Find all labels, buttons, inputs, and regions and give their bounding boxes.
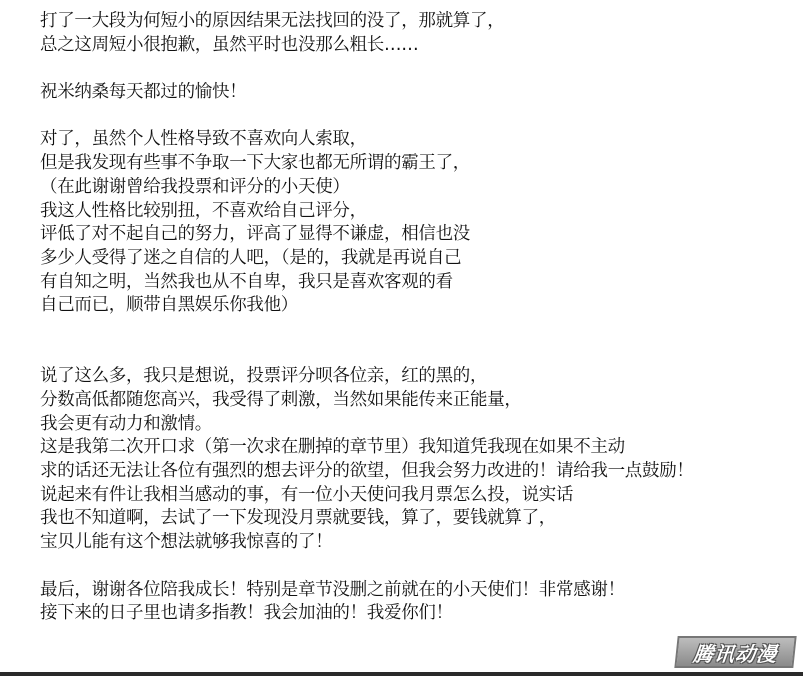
- spacer: [40, 105, 800, 129]
- text-line: 我也不知道啊，去试了一下发现没月票就要钱，算了，要钱就算了，: [40, 507, 800, 531]
- text-line: 自己而已，顺带自黑娱乐你我他）: [40, 294, 800, 318]
- spacer: [40, 555, 800, 579]
- paragraph-greeting: 祝米纳桑每天都过的愉快！: [40, 81, 800, 105]
- text-line: （在此谢谢曾给我投票和评分的小天使）: [40, 176, 800, 200]
- text-line: 多少人受得了迷之自信的人吧，（是的，我就是再说自己: [40, 247, 800, 271]
- text-line: 最后，谢谢各位陪我成长！特别是章节没删之前就在的小天使们！非常感谢！: [40, 579, 800, 603]
- text-line: 总之这周短小很抱歉，虽然平时也没那么粗长……: [40, 34, 800, 58]
- text-line: 说了这么多，我只是想说，投票评分呗各位亲，红的黑的，: [40, 365, 800, 389]
- paragraph-personality: 对了，虽然个人性格导致不喜欢向人索取， 但是我发现有些事不争取一下大家也都无所谓…: [40, 128, 800, 318]
- text-line: 接下来的日子里也请多指教！我会加油的！我爱你们！: [40, 602, 800, 626]
- text-line: 打了一大段为何短小的原因结果无法找回的没了，那就算了，: [40, 10, 800, 34]
- watermark-text: 腾讯动漫: [692, 638, 779, 667]
- text-line: 对了，虽然个人性格导致不喜欢向人索取，: [40, 128, 800, 152]
- text-line: 评低了对不起自己的努力，评高了显得不谦虚，相信也没: [40, 223, 800, 247]
- spacer: [40, 57, 800, 81]
- text-line: 我这人性格比较别扭，不喜欢给自己评分，: [40, 200, 800, 224]
- tencent-comic-watermark-icon: 腾讯动漫: [674, 636, 796, 668]
- paragraph-vote-request: 说了这么多，我只是想说，投票评分呗各位亲，红的黑的， 分数高低都随您高兴，我受得…: [40, 365, 800, 555]
- text-line: 我会更有动力和激情。: [40, 413, 800, 437]
- text-line: 有自知之明，当然我也从不自卑，我只是喜欢客观的看: [40, 271, 800, 295]
- author-note: 打了一大段为何短小的原因结果无法找回的没了，那就算了， 总之这周短小很抱歉，虽然…: [40, 10, 800, 626]
- text-line: 说起来有件让我相当感动的事，有一位小天使问我月票怎么投，说实话: [40, 484, 800, 508]
- text-line: 但是我发现有些事不争取一下大家也都无所谓的霸王了，: [40, 152, 800, 176]
- text-line: 分数高低都随您高兴，我受得了刺激，当然如果能传来正能量，: [40, 389, 800, 413]
- text-line: 祝米纳桑每天都过的愉快！: [40, 81, 800, 105]
- text-line: 求的话还无法让各位有强烈的想去评分的欲望，但我会努力改进的！请给我一点鼓励！: [40, 460, 800, 484]
- spacer: [40, 318, 800, 365]
- text-line: 宝贝儿能有这个想法就够我惊喜的了！: [40, 531, 800, 555]
- text-line: 这是我第二次开口求（第一次求在删掉的章节里）我知道凭我现在如果不主动: [40, 436, 800, 460]
- paragraph-thanks: 最后，谢谢各位陪我成长！特别是章节没删之前就在的小天使们！非常感谢！ 接下来的日…: [40, 579, 800, 626]
- paragraph-apology: 打了一大段为何短小的原因结果无法找回的没了，那就算了， 总之这周短小很抱歉，虽然…: [40, 10, 800, 57]
- bottom-divider: [0, 672, 803, 676]
